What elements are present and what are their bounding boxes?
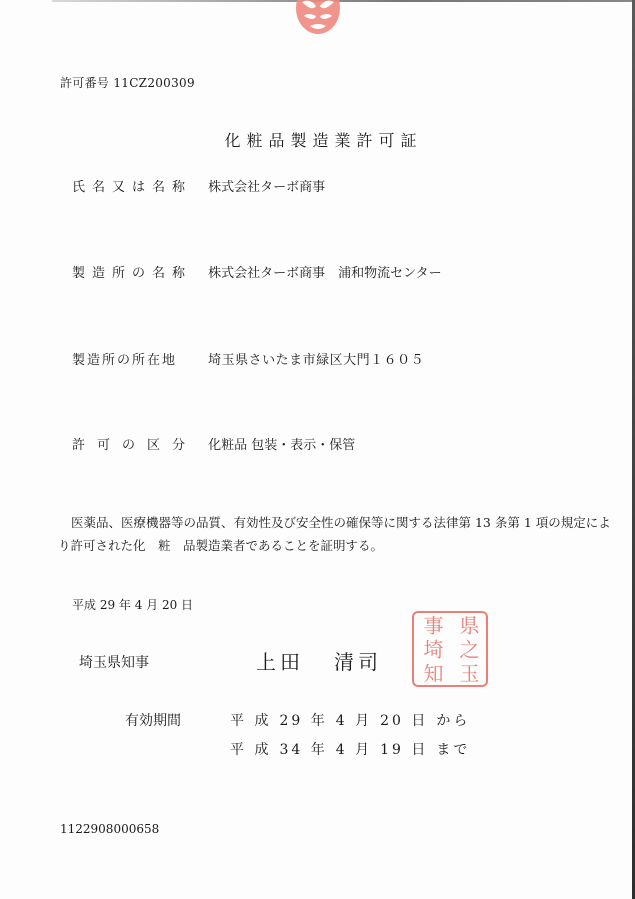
era: 平 成 <box>230 713 271 729</box>
suffix: まで <box>436 742 470 758</box>
field-applicant-name: 氏名又は名称 株式会社ターボ商事 <box>72 176 325 195</box>
certificate-page: 許可番号 11CZ200309 化粧品製造業許可証 氏名又は名称 株式会社ターボ… <box>0 0 635 899</box>
day: 20 日 <box>380 713 428 729</box>
partial-seal-icon <box>292 0 344 38</box>
field-value: 化粧品 包装・表示・保管 <box>208 434 355 453</box>
month: 4 月 <box>336 742 372 758</box>
year: 29 年 <box>279 713 327 729</box>
field-facility-name: 製造所の名称 株式会社ターボ商事 浦和物流センター <box>72 262 442 281</box>
field-facility-address: 製造所の所在地 埼玉県さいたま市緑区大門１６０５ <box>72 349 424 368</box>
field-value: 株式会社ターボ商事 浦和物流センター <box>208 262 441 281</box>
validity-label: 有効期間 <box>125 710 181 730</box>
validity-to: 平 成34 年4 月19 日まで <box>230 739 478 759</box>
validity-from: 平 成29 年4 月20 日から <box>230 710 478 730</box>
permit-number-value: 11CZ200309 <box>113 76 195 90</box>
field-label: 製造所の所在地 <box>72 349 204 368</box>
issuer-given-name: 清司 <box>334 650 382 674</box>
document-number: 1122908000658 <box>60 822 159 836</box>
month: 4 月 <box>336 713 372 729</box>
suffix: から <box>436 713 470 729</box>
field-value: 株式会社ターボ商事 <box>208 176 325 195</box>
field-label: 氏名又は名称 <box>72 176 204 195</box>
issue-date: 平成 29 年 4 月 20 日 <box>72 596 193 613</box>
document-title: 化粧品製造業許可証 <box>0 128 635 151</box>
official-seal-icon: 県之 玉事 埼知 <box>412 611 488 687</box>
field-label: 許可の区分 <box>72 434 204 453</box>
field-permit-category: 許可の区分 化粧品 包装・表示・保管 <box>72 434 355 453</box>
permit-number: 許可番号 11CZ200309 <box>60 74 195 91</box>
era: 平 成 <box>230 742 271 758</box>
issuer-family-name: 上田 <box>256 650 304 674</box>
year: 34 年 <box>279 742 327 758</box>
day: 19 日 <box>380 742 428 758</box>
issuer-signature: 上田清司 <box>256 646 382 675</box>
field-value: 埼玉県さいたま市緑区大門１６０５ <box>208 349 424 368</box>
issuer-title: 埼玉県知事 <box>79 652 149 672</box>
field-label: 製造所の名称 <box>72 262 204 281</box>
certification-statement: 医薬品、医療機器等の品質、有効性及び安全性の確保等に関する法律第 13 条第 1… <box>58 511 618 557</box>
permit-number-label: 許可番号 <box>60 76 109 90</box>
